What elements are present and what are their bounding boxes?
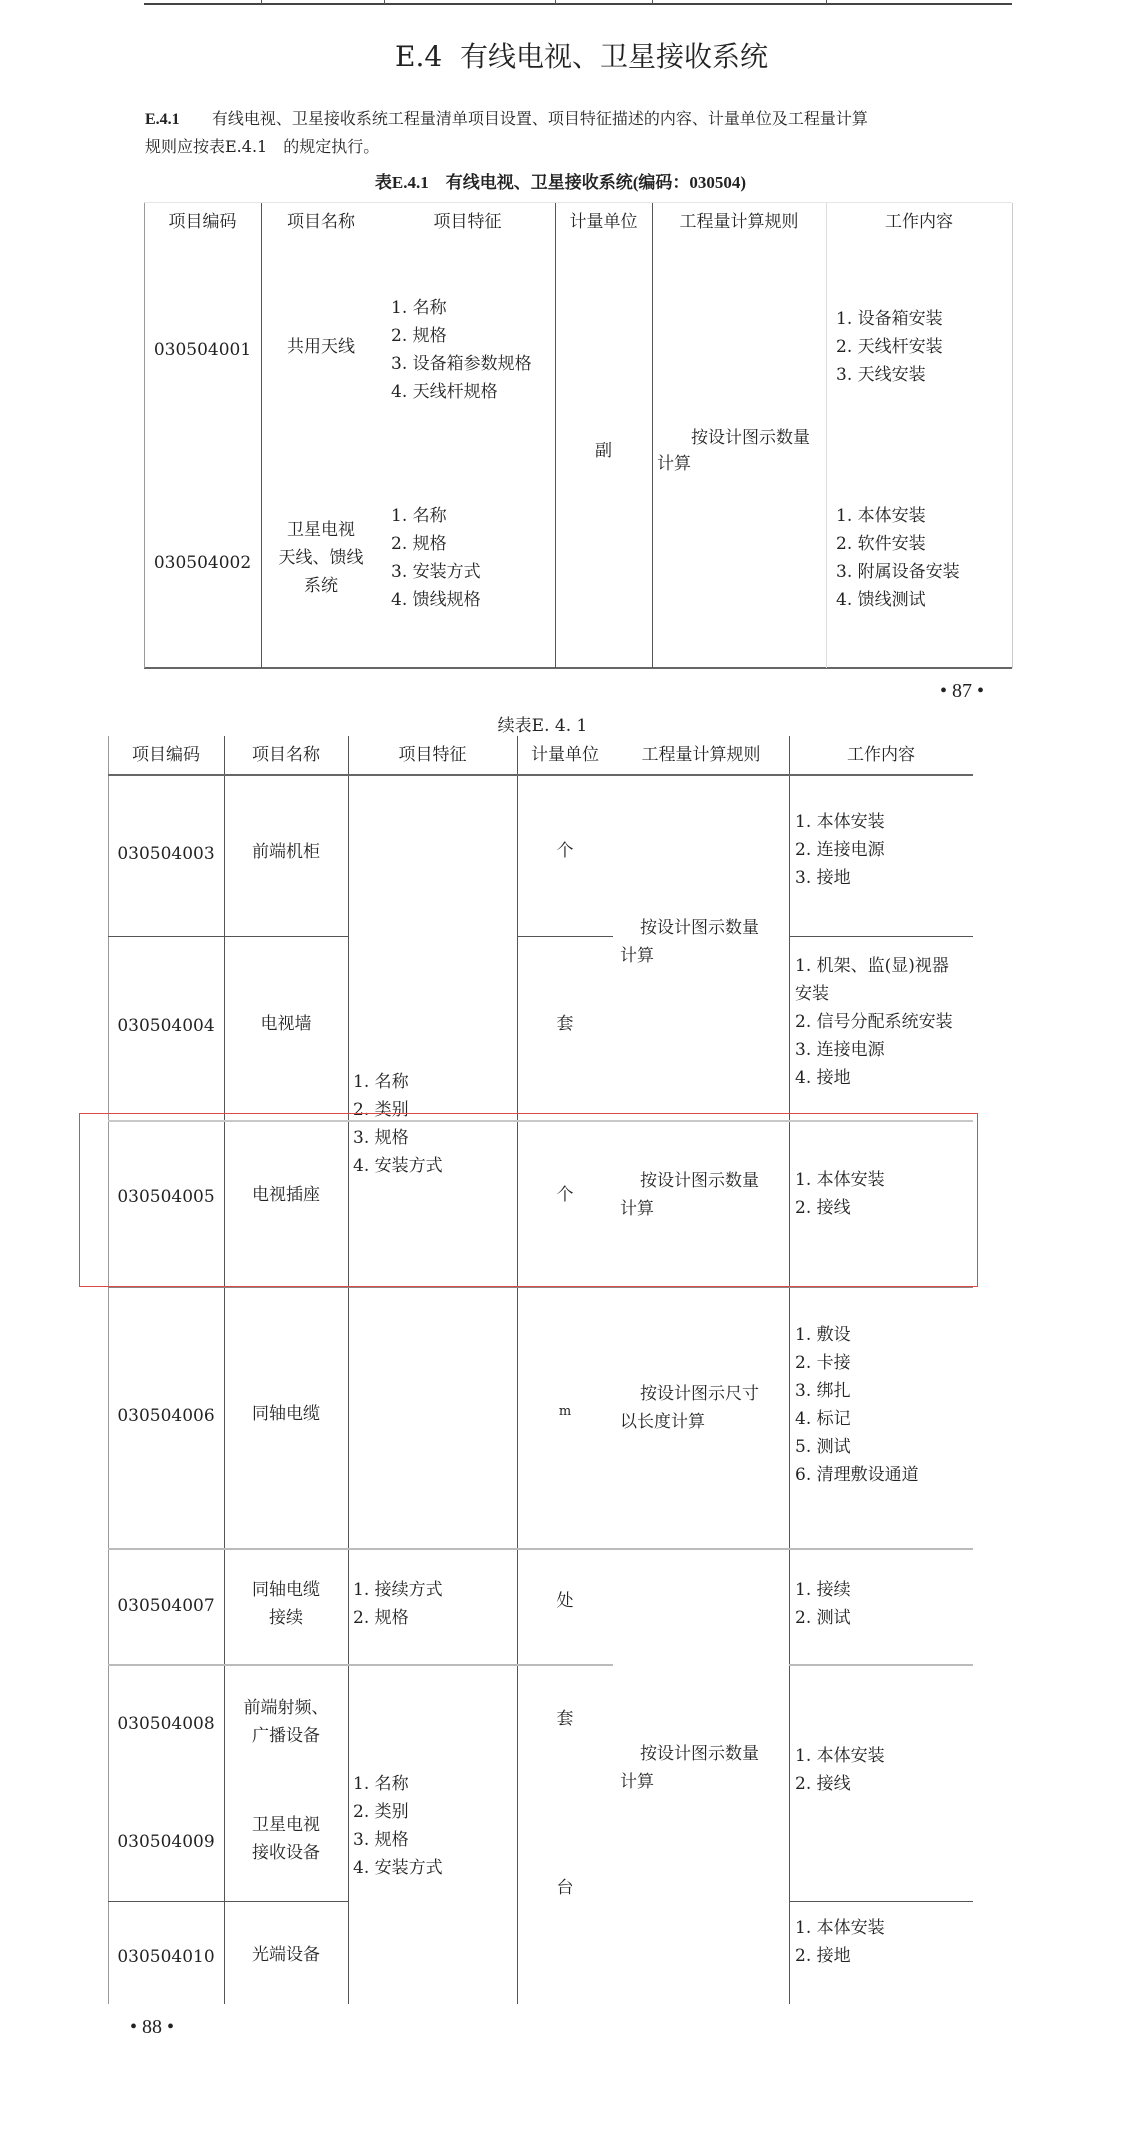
table1-row2-code: 030504002 — [144, 549, 261, 577]
name-line: 前端射频、 — [224, 1694, 348, 1722]
clause-text-line2: 规则应按表E.4.1 的规定执行。 — [145, 137, 379, 156]
table2-col-line — [517, 736, 518, 2004]
work-item: 3. 天线安装 — [836, 361, 943, 389]
table2-header-work: 工作内容 — [789, 741, 973, 769]
table1-caption: 表E.4.1 有线电视、卫星接收系统(编码：030504) — [0, 168, 1121, 193]
table2-left-border — [108, 736, 109, 2004]
section-title-text: 有线电视、卫星接收系统 — [460, 40, 768, 73]
row-030504003-code: 030504003 — [108, 840, 224, 868]
table2-header-name: 项目名称 — [224, 741, 348, 769]
work-rows-008-009: 1. 本体安装 2. 接线 — [795, 1742, 885, 1798]
row-030504010-work: 1. 本体安装 2. 接地 — [795, 1914, 885, 1970]
work-item: 4. 接地 — [795, 1064, 953, 1092]
table1-row1-work: 1. 设备箱安装 2. 天线杆安装 3. 天线安装 — [836, 305, 943, 389]
work-item: 4. 馈线测试 — [836, 586, 960, 614]
clause-paragraph-line2: 规则应按表E.4.1 的规定执行。 — [145, 134, 379, 157]
name-line: 卫星电视 — [224, 1811, 348, 1839]
row-030504006-unit: m — [517, 1398, 613, 1426]
features-group2: 1. 名称 2. 类别 3. 规格 4. 安装方式 — [353, 1770, 443, 1882]
table1-header-rule: 工程量计算规则 — [652, 208, 826, 236]
row-sep-9-10 — [108, 1901, 348, 1902]
table2-header-bottom — [108, 774, 973, 776]
row-sep-5-6 — [108, 1287, 973, 1288]
work-item: 3. 连接电源 — [795, 1036, 953, 1064]
table1-row1-features: 1. 名称 2. 规格 3. 设备箱参数规格 4. 天线杆规格 — [391, 294, 532, 406]
row-030504008-code: 030504008 — [108, 1710, 224, 1738]
row-030504006-rule: 按设计图示尺寸 以长度计算 — [620, 1380, 759, 1436]
clause-number: E.4.1 — [145, 111, 180, 128]
name-line: 接续 — [224, 1604, 348, 1632]
table1-row2-work: 1. 本体安装 2. 软件安装 3. 附属设备安装 4. 馈线测试 — [836, 502, 960, 614]
table1-right-border — [1012, 203, 1013, 668]
feature-item: 1. 接续方式 — [353, 1576, 443, 1604]
row-030504006-name: 同轴电缆 — [224, 1400, 348, 1428]
rule-line: 按设计图示尺寸 — [620, 1380, 759, 1408]
feature-item: 2. 规格 — [353, 1604, 443, 1632]
rule-line: 以长度计算 — [620, 1408, 759, 1436]
table1-header-code: 项目编码 — [144, 208, 261, 236]
page-number-88: • 88 • — [130, 2016, 174, 2039]
row-030504003-work: 1. 本体安装 2. 连接电源 3. 接地 — [795, 808, 885, 892]
table2-caption: 续表E. 4. 1 — [0, 711, 1085, 736]
table2-col-line — [789, 736, 790, 2004]
table2-header-rule: 工程量计算规则 — [613, 741, 789, 769]
table1-header-work: 工作内容 — [826, 208, 1012, 236]
row-sep-6-7 — [108, 1548, 973, 1550]
work-item: 安装 — [795, 980, 953, 1008]
work-item: 3. 附属设备安装 — [836, 558, 960, 586]
feature-item: 3. 安装方式 — [391, 558, 481, 586]
prev-table-col-line — [261, 0, 262, 4]
prev-table-bottom-border — [144, 3, 1012, 5]
rule-line: 按设计图示数量 — [620, 1740, 759, 1768]
table1-caption-text: 有线电视、卫星接收系统(编码：030504) — [446, 173, 746, 192]
name-line: 接收设备 — [224, 1839, 348, 1867]
row-sep-3-4-work — [789, 936, 973, 937]
row-sep-3-4-unit — [517, 936, 613, 937]
table1-top-border — [144, 202, 1012, 203]
clause-text-line1: 有线电视、卫星接收系统工程量清单项目设置、项目特征描述的内容、计量单位及工程量计… — [212, 109, 868, 128]
table2-col-line — [348, 736, 349, 2004]
feature-item: 1. 名称 — [391, 294, 532, 322]
row-030504007-name: 同轴电缆 接续 — [224, 1576, 348, 1632]
work-item: 2. 软件安装 — [836, 530, 960, 558]
row-030504007-code: 030504007 — [108, 1592, 224, 1620]
work-item: 1. 接续 — [795, 1576, 851, 1604]
work-item: 2. 连接电源 — [795, 836, 885, 864]
row-030504004-unit: 套 — [517, 1010, 613, 1038]
prev-table-col-line — [555, 0, 556, 4]
row-030504004-code: 030504004 — [108, 1012, 224, 1040]
row-030504004-name: 电视墙 — [224, 1010, 348, 1038]
table1-row2-name: 卫星电视 天线、馈线 系统 — [261, 516, 381, 600]
table2-header-features: 项目特征 — [348, 741, 517, 769]
row-sep-7-8-work — [789, 1664, 973, 1666]
name-line: 同轴电缆 — [224, 1576, 348, 1604]
work-item: 3. 绑扎 — [795, 1377, 919, 1405]
row-030504006-work: 1. 敷设 2. 卡接 3. 绑扎 4. 标记 5. 测试 6. 清理敷设通道 — [795, 1321, 919, 1489]
rule-line: 按设计图示数量 — [620, 914, 759, 942]
row-sep-3-4 — [108, 936, 348, 937]
work-item: 1. 本体安装 — [795, 1742, 885, 1770]
feature-item: 3. 规格 — [353, 1826, 443, 1854]
row-030504003-unit: 个 — [517, 837, 613, 865]
page-number-87: • 87 • — [940, 680, 984, 703]
row-030504007-features: 1. 接续方式 2. 规格 — [353, 1576, 443, 1632]
rule-line: 计算 — [620, 942, 759, 970]
row-030504004-work: 1. 机架、监(显)视器 安装 2. 信号分配系统安装 3. 连接电源 4. 接… — [795, 952, 953, 1092]
row-030504003-name: 前端机柜 — [224, 838, 348, 866]
table1-row1-code: 030504001 — [144, 336, 261, 364]
table1-col-line — [826, 203, 827, 668]
feature-item: 4. 安装方式 — [353, 1854, 443, 1882]
table1-header-name: 项目名称 — [261, 208, 381, 236]
work-item: 6. 清理敷设通道 — [795, 1461, 919, 1489]
rule-line: 计算 — [620, 1768, 759, 1796]
row-030504007-work: 1. 接续 2. 测试 — [795, 1576, 851, 1632]
table1-col-line — [652, 203, 653, 668]
work-item: 1. 本体安装 — [795, 808, 885, 836]
table2-header-unit: 计量单位 — [517, 741, 613, 769]
highlight-box — [79, 1113, 978, 1287]
feature-item: 4. 馈线规格 — [391, 586, 481, 614]
row-030504009-unit: 台 — [517, 1874, 613, 1902]
table1-col-line — [555, 203, 556, 668]
row-030504009-code: 030504009 — [108, 1828, 224, 1856]
feature-item: 2. 规格 — [391, 530, 481, 558]
name-line: 系统 — [261, 572, 381, 600]
row-030504007-unit: 处 — [517, 1587, 613, 1615]
table1-header-features: 项目特征 — [380, 208, 555, 236]
section-number: E.4 — [395, 40, 442, 73]
feature-item: 3. 设备箱参数规格 — [391, 350, 532, 378]
feature-item: 2. 类别 — [353, 1798, 443, 1826]
work-item: 4. 标记 — [795, 1405, 919, 1433]
work-item: 2. 接地 — [795, 1942, 885, 1970]
rule-rows-007-010: 按设计图示数量 计算 — [620, 1740, 759, 1796]
work-item: 1. 设备箱安装 — [836, 305, 943, 333]
row-030504009-name: 卫星电视 接收设备 — [224, 1811, 348, 1867]
table1-row1-name: 共用天线 — [261, 333, 381, 361]
work-item: 1. 机架、监(显)视器 — [795, 952, 953, 980]
prev-table-col-line — [384, 0, 385, 4]
work-item: 2. 天线杆安装 — [836, 333, 943, 361]
feature-item: 2. 规格 — [391, 322, 532, 350]
work-item: 2. 接线 — [795, 1770, 885, 1798]
feature-item: 1. 名称 — [391, 502, 481, 530]
feature-item: 4. 天线杆规格 — [391, 378, 532, 406]
row-sep-7-8 — [108, 1664, 613, 1666]
row-sep-9-10-work — [789, 1901, 973, 1902]
table1-unit-merged: 副 — [555, 437, 652, 465]
name-line: 天线、馈线 — [261, 544, 381, 572]
work-item: 5. 测试 — [795, 1433, 919, 1461]
work-item: 3. 接地 — [795, 864, 885, 892]
work-item: 1. 敷设 — [795, 1321, 919, 1349]
work-item: 2. 卡接 — [795, 1349, 919, 1377]
rule-rows-003-004: 按设计图示数量 计算 — [620, 914, 759, 970]
clause-paragraph-line1: E.4.1 有线电视、卫星接收系统工程量清单项目设置、项目特征描述的内容、计量单… — [145, 106, 868, 129]
prev-table-col-line — [826, 0, 827, 4]
feature-item: 1. 名称 — [353, 1068, 443, 1096]
prev-table-col-line — [652, 0, 653, 4]
name-line: 卫星电视 — [261, 516, 381, 544]
row-030504008-name: 前端射频、 广播设备 — [224, 1694, 348, 1750]
row-030504010-name: 光端设备 — [224, 1941, 348, 1969]
work-item: 2. 测试 — [795, 1604, 851, 1632]
work-item: 1. 本体安装 — [836, 502, 960, 530]
table1-caption-prefix: 表E.4.1 — [375, 173, 429, 192]
section-title: E.4 有线电视、卫星接收系统 — [395, 35, 768, 75]
table1-row2-features: 1. 名称 2. 规格 3. 安装方式 4. 馈线规格 — [391, 502, 481, 614]
row-030504008-unit: 套 — [517, 1705, 613, 1733]
row-030504006-code: 030504006 — [108, 1402, 224, 1430]
table1-left-border — [144, 203, 145, 668]
rule-text: 按设计图示数量计算 — [657, 428, 810, 474]
row-030504010-code: 030504010 — [108, 1943, 224, 1971]
work-item: 2. 信号分配系统安装 — [795, 1008, 953, 1036]
work-item: 1. 本体安装 — [795, 1914, 885, 1942]
feature-item: 1. 名称 — [353, 1770, 443, 1798]
table2-header-code: 项目编码 — [108, 741, 224, 769]
name-line: 广播设备 — [224, 1722, 348, 1750]
table1-bottom-border — [144, 667, 1012, 669]
table1-header-unit: 计量单位 — [555, 208, 652, 236]
table1-rule-merged: 按设计图示数量计算 — [657, 425, 822, 477]
